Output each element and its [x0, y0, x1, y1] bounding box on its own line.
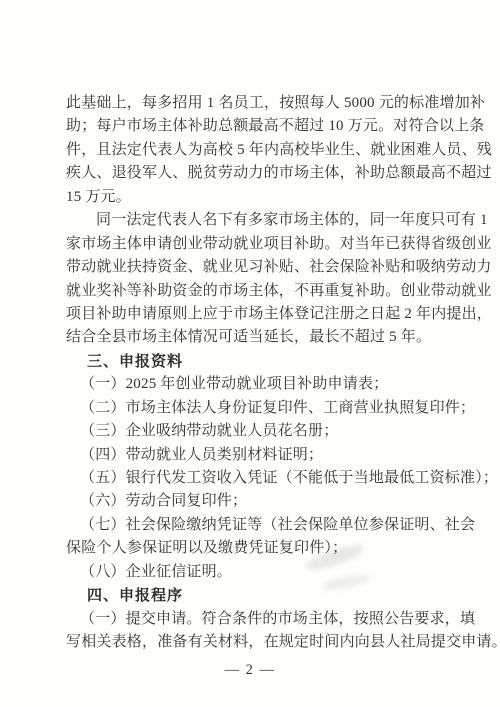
text-line: 疾人、退役军人、脱贫劳动力的市场主体，补助总额最高不超过	[66, 162, 458, 185]
document-content: 此基础上，每多招用 1 名员工，按照每人 5000 元的标准增加补 助；每户市场…	[66, 92, 458, 655]
list-item: （五）银行代发工资收入凭证（不能低于当地最低工资标准）；	[66, 467, 458, 490]
text-line: 助；每户市场主体补助总额最高不超过 10 万元。对符合以上条	[66, 115, 458, 138]
text-line: 结合全县市场主体情况可适当延长，最长不超过 5 年。	[66, 326, 458, 349]
text-line: 此基础上，每多招用 1 名员工，按照每人 5000 元的标准增加补	[66, 92, 458, 115]
list-item: （八）企业征信证明。	[66, 561, 458, 584]
text-line: 件，且法定代表人为高校 5 年内高校毕业生、就业困难人员、残	[66, 139, 458, 162]
list-item: （一）2025 年创业带动就业项目补助申请表；	[66, 373, 458, 396]
text-line: 同一法定代表人名下有多家市场主体的，同一年度只可有 1	[66, 209, 458, 232]
text-line: 写相关表格，准备有关材料，在规定时间内向县人社局提交申请。	[66, 631, 458, 654]
list-item: （二）市场主体法人身份证复印件、工商营业执照复印件；	[66, 397, 458, 420]
text-line: 带动就业扶持资金、就业见习补贴、社会保险补贴和吸纳劳动力	[66, 256, 458, 279]
text-line: 项目补助申请原则上应于市场主体登记注册之日起 2 年内提出，	[66, 303, 458, 326]
text-line: 保险个人参保证明以及缴费凭证复印件）；	[66, 537, 458, 560]
list-item: （四）带动就业人员类别材料证明；	[66, 444, 458, 467]
section-heading: 四、申报程序	[66, 584, 458, 607]
text-line: 就业奖补等补助资金的市场主体，不再重复补助。创业带动就业	[66, 280, 458, 303]
page-number: — 2 —	[0, 662, 500, 679]
text-line: 家市场主体申请创业带动就业项目补助。对当年已获得省级创业	[66, 233, 458, 256]
list-item: （六）劳动合同复印件；	[66, 490, 458, 513]
list-item: （七）社会保险缴纳凭证等（社会保险单位参保证明、社会	[66, 514, 458, 537]
list-item: （一）提交申请。符合条件的市场主体，按照公告要求，填	[66, 608, 458, 631]
document-page: 此基础上，每多招用 1 名员工，按照每人 5000 元的标准增加补 助；每户市场…	[0, 0, 500, 707]
text-line: 15 万元。	[66, 186, 458, 209]
list-item: （三）企业吸纳带动就业人员花名册；	[66, 420, 458, 443]
section-heading: 三、申报资料	[66, 350, 458, 373]
